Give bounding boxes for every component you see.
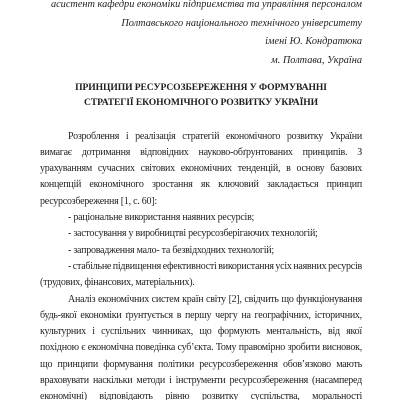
- word: свідчить: [244, 292, 278, 308]
- word: України: [330, 129, 362, 145]
- word: Аналіз: [68, 292, 95, 308]
- affiliation-line: м. Полтава, Україна: [40, 52, 362, 71]
- word: на: [241, 308, 250, 324]
- word: З: [357, 145, 362, 161]
- word: політики: [158, 357, 194, 373]
- paragraph-line: концепційекономічногозростанняякключовий…: [40, 177, 362, 193]
- word: і: [169, 373, 172, 389]
- word: відповідають: [99, 389, 152, 400]
- word: відповідних: [140, 145, 188, 161]
- word: реалізація: [135, 129, 175, 145]
- paper-title-line: ПРИНЦИПИ РЕСУРСОЗБЕРЕЖЕННЯ У ФОРМУВАННІ: [40, 80, 362, 95]
- word: мають: [336, 357, 362, 373]
- word: світу: [206, 292, 226, 308]
- word: -: [68, 259, 71, 275]
- word: систем: [152, 292, 180, 308]
- word: чергу: [215, 308, 237, 324]
- word: формування: [103, 357, 153, 373]
- word: Розроблення: [68, 129, 119, 145]
- word: ресурсозбереження: [230, 373, 308, 389]
- list-item: - запровадження мало- та безвідходних те…: [40, 243, 362, 259]
- word: стратегій: [182, 129, 219, 145]
- word: від: [328, 324, 340, 340]
- word: що: [40, 357, 52, 373]
- word: будь-якої: [40, 308, 77, 324]
- word: культурних: [40, 324, 86, 340]
- word: історичних,: [315, 308, 362, 324]
- word: економічних: [181, 161, 232, 177]
- word: ефективності: [163, 259, 217, 275]
- word: моральності: [312, 389, 362, 400]
- word: чинниках,: [152, 324, 193, 340]
- paragraph-line: щопринципиформуванняполітикиресурсозбере…: [40, 357, 362, 373]
- word: враховувати: [40, 373, 89, 389]
- paragraph-line: урахуваннямсучаснихсвітовихекономічнихте…: [40, 161, 362, 177]
- word: суспільних: [101, 324, 146, 340]
- paragraph-line: будь-якоїекономікиґрунтуєтьсявпершучергу…: [40, 308, 362, 324]
- word: ментальність,: [266, 324, 321, 340]
- word: економіки: [80, 308, 121, 324]
- word: принципи: [57, 357, 97, 373]
- paragraph-line: Розробленняіреалізаціястратегійекономічн…: [40, 129, 362, 145]
- paragraph-line: ресурсозбереження [1, с. 60]:: [40, 194, 362, 210]
- paper-title-line: СТРАТЕГІЇ ЕКОНОМІЧНОГО РОЗВИТКУ УКРАЇНИ: [40, 95, 362, 110]
- word: наявних: [293, 259, 326, 275]
- word: поведінка: [136, 340, 175, 356]
- word: використання: [218, 259, 273, 275]
- word: тенденцій,: [238, 161, 281, 177]
- word: основу: [296, 161, 324, 177]
- word: наскільки: [93, 373, 132, 389]
- word: як: [201, 177, 210, 193]
- affiliation-line: Полтавського національного технічного ун…: [40, 15, 362, 34]
- word: суб’єкта.: [178, 340, 214, 356]
- word: географічних,: [255, 308, 311, 324]
- paragraph-line: вимагаєдотриманнявідповіднихнауково-обґр…: [40, 145, 362, 161]
- list-item-continuation: (трудових, фінансових, матеріальних).: [40, 275, 362, 291]
- word: [2],: [229, 292, 242, 308]
- word: рівню: [165, 389, 189, 400]
- word: сучасних: [98, 161, 135, 177]
- word: принцип: [327, 177, 362, 193]
- word: в: [286, 161, 290, 177]
- word: ресурсозбереження: [199, 357, 277, 373]
- word: підвищення: [113, 259, 161, 275]
- word: світових: [141, 161, 175, 177]
- word: висновок,: [322, 340, 362, 356]
- word: економічні): [40, 389, 87, 400]
- list-item: - застосування у виробництві ресурсозбер…: [40, 226, 362, 242]
- word: функціонування: [296, 292, 362, 308]
- paragraph-line: економічні)відповідаютьрівнюрозвиткусусп…: [40, 389, 362, 400]
- word: країн: [182, 292, 203, 308]
- word: економічних: [98, 292, 149, 308]
- word: закладається: [267, 177, 318, 193]
- word: усіх: [275, 259, 291, 275]
- word: принципів.: [303, 145, 348, 161]
- word: і: [126, 129, 129, 145]
- word: Тому: [216, 340, 237, 356]
- word: економічна: [88, 340, 133, 356]
- word: і: [92, 324, 95, 340]
- author-affiliation: асистент кафедри економіки підприємства …: [40, 0, 362, 70]
- word: розвитку: [287, 129, 323, 145]
- word: першу: [185, 308, 211, 324]
- word: похідною: [40, 340, 79, 356]
- word: зробити: [287, 340, 319, 356]
- word: економічного: [226, 129, 280, 145]
- word: концепцій: [40, 177, 81, 193]
- word: урахуванням: [40, 161, 92, 177]
- paragraph-line: Аналізекономічнихсистемкраїнсвіту[2],сві…: [40, 292, 362, 308]
- word: суспільства,: [251, 389, 300, 400]
- word: (насамперед: [312, 373, 362, 389]
- paragraph-line: похідноюєекономічнаповедінкасуб’єкта.Том…: [40, 340, 362, 356]
- word: якої: [346, 324, 362, 340]
- word: правомірно: [239, 340, 285, 356]
- word: формують: [218, 324, 260, 340]
- word: зростання: [152, 177, 193, 193]
- word: економічного: [89, 177, 143, 193]
- body-text: Розробленняіреалізаціястратегійекономічн…: [40, 129, 362, 400]
- word: вимагає: [40, 145, 72, 161]
- word: інструменти: [176, 373, 226, 389]
- word: науково-обґрунтованих: [199, 145, 293, 161]
- word: обов’язково: [283, 357, 331, 373]
- word: що: [281, 292, 293, 308]
- affiliation-line: імені Ю. Кондратюка: [40, 33, 362, 52]
- word: що: [199, 324, 211, 340]
- word: ключовий: [218, 177, 258, 193]
- word: розвитку: [202, 389, 238, 400]
- word: дотримання: [82, 145, 130, 161]
- word: є: [81, 340, 85, 356]
- word: стабільне: [73, 259, 111, 275]
- word: в: [177, 308, 181, 324]
- word: методи: [136, 373, 165, 389]
- paragraph-line: враховуватинаскількиметодиіінструментире…: [40, 373, 362, 389]
- list-item: - раціональне використання наявних ресур…: [40, 210, 362, 226]
- word: базових: [330, 161, 362, 177]
- list-item: -стабільнепідвищенняефективностівикорист…: [40, 259, 362, 275]
- word: ґрунтується: [125, 308, 172, 324]
- paragraph-line: культурнихісуспільнихчинниках,щоформують…: [40, 324, 362, 340]
- affiliation-line: асистент кафедри економіки підприємства …: [40, 0, 362, 15]
- word: ресурсів: [328, 259, 362, 275]
- document-page: асистент кафедри економіки підприємства …: [0, 0, 400, 400]
- paper-title: ПРИНЦИПИ РЕСУРСОЗБЕРЕЖЕННЯ У ФОРМУВАННІ …: [40, 80, 362, 111]
